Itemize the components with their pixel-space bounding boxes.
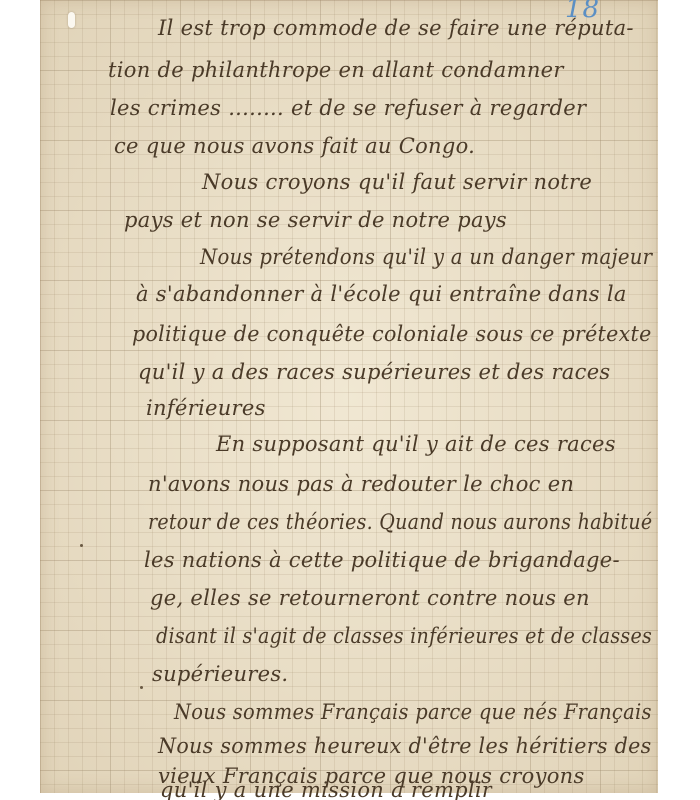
manuscript-line: inférieures [146,396,266,420]
ink-dot [80,544,83,547]
manuscript-line: Nous sommes heureux d'être les héritiers… [158,734,652,758]
ink-dot [140,686,143,689]
manuscript-line: les nations à cette politique de brigand… [144,548,620,572]
manuscript-page: 18 Il est trop commode de se faire une r… [40,0,658,793]
manuscript-line: ce que nous avons fait au Congo. [114,134,475,158]
manuscript-line: ge, elles se retourneront contre nous en [150,586,590,610]
manuscript-line: retour de ces théories. Quand nous auron… [148,510,652,534]
manuscript-line: Nous prétendons qu'il y a un danger maje… [200,245,652,269]
manuscript-line: n'avons nous pas à redouter le choc en [148,472,574,496]
manuscript-line: qu'il y a des races supérieures et des r… [138,360,611,384]
manuscript-line: politique de conquête coloniale sous ce … [132,322,652,346]
manuscript-line: supérieures. [152,662,288,686]
manuscript-line: les crimes ........ et de se refuser à r… [110,96,586,120]
manuscript-line: pays et non se servir de notre pays [124,208,507,232]
punch-hole [68,12,75,28]
manuscript-line: Nous sommes Français parce que nés Franç… [174,700,652,724]
manuscript-line: à s'abandonner à l'école qui entraîne da… [136,282,627,306]
manuscript-line: disant il s'agit de classes inférieures … [156,624,652,648]
manuscript-line: En supposant qu'il y ait de ces races [216,432,616,456]
manuscript-line: qu'il y a une mission à remplir [160,778,492,800]
manuscript-line: tion de philanthrope en allant condamner [108,58,564,82]
manuscript-line: Il est trop commode de se faire une répu… [158,16,634,40]
manuscript-line: Nous croyons qu'il faut servir notre [202,170,592,194]
